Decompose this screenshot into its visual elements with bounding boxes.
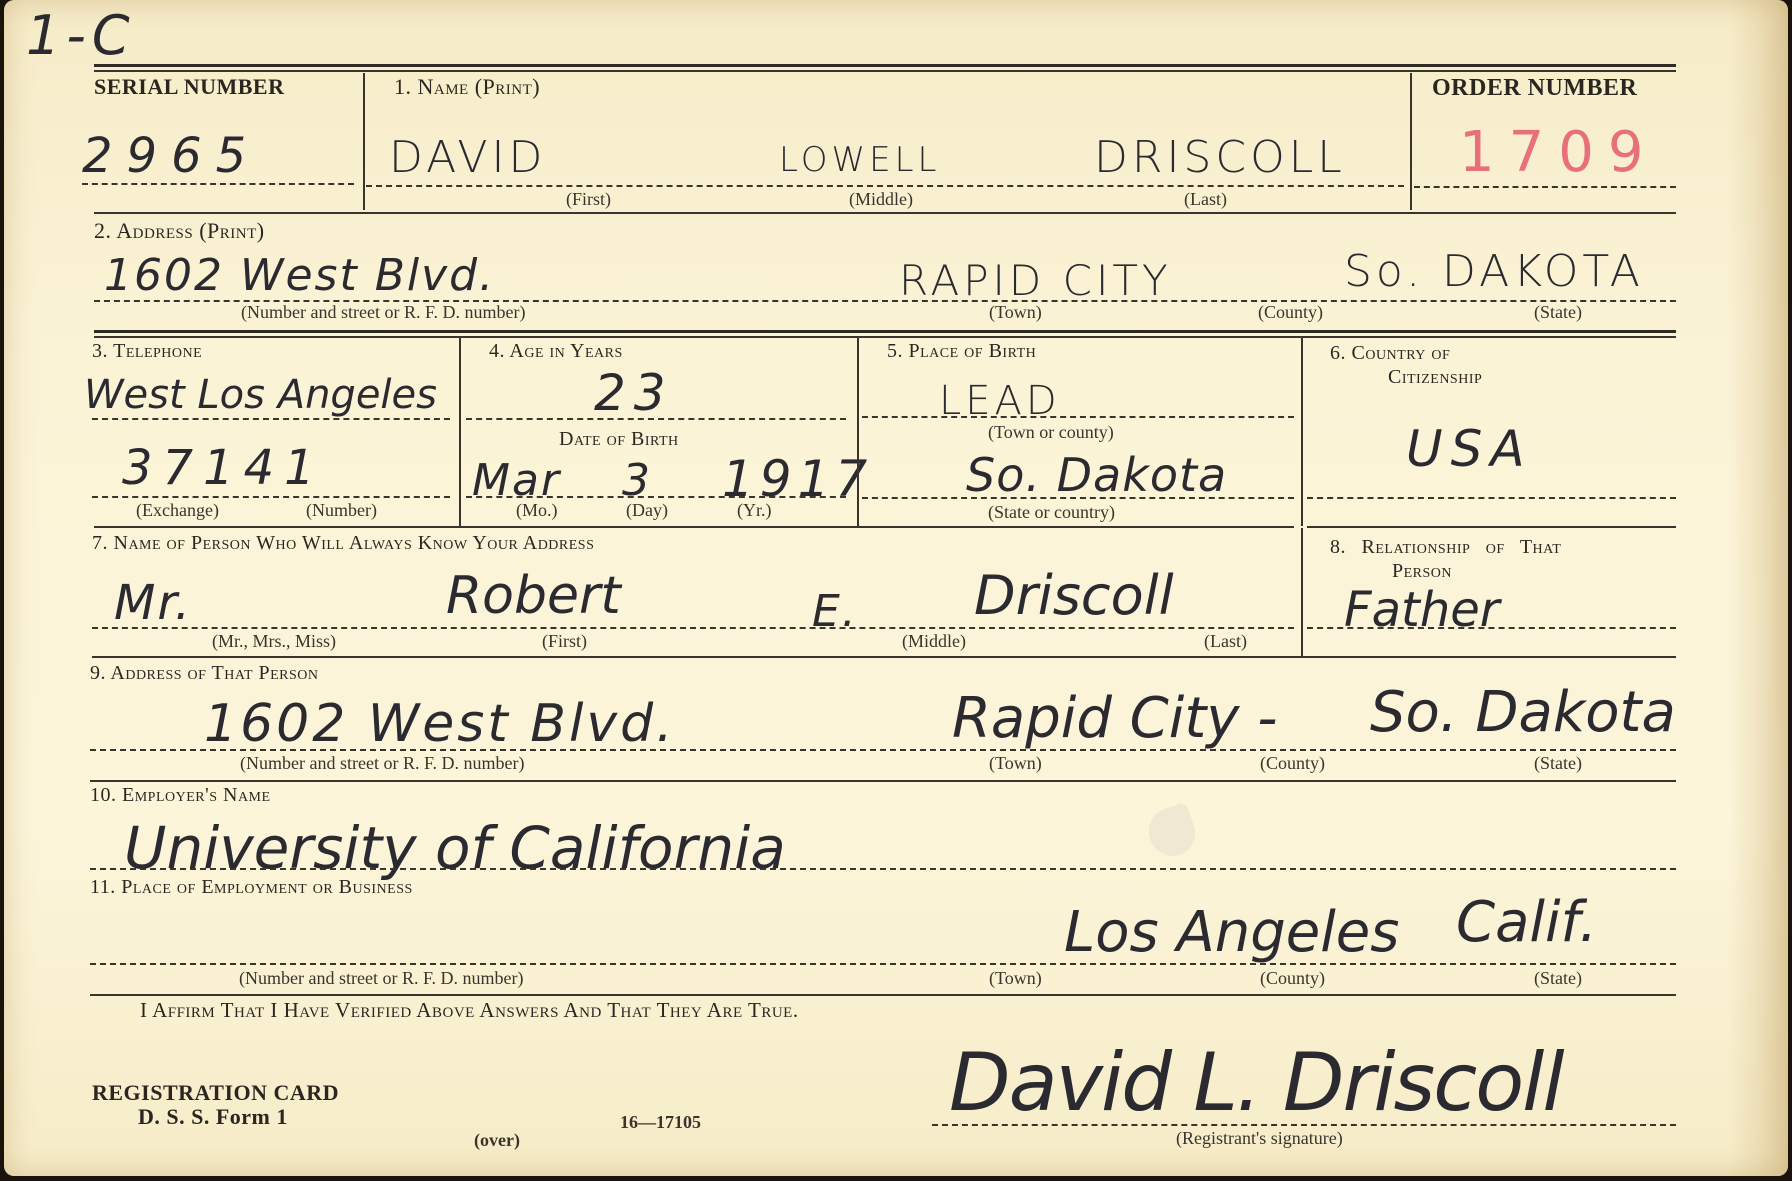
relationship-line — [1307, 627, 1676, 629]
name-last-caption: (Last) — [1184, 189, 1227, 210]
relationship-label-line1: 8. Relationship of That — [1330, 536, 1561, 559]
contact-last-value: Driscoll — [974, 564, 1174, 627]
employer-line — [90, 868, 1676, 870]
footer-print-code: 16—17105 — [620, 1112, 701, 1133]
birth-state-line — [862, 497, 1294, 499]
address-state-caption: (State) — [1534, 302, 1582, 323]
address-county-caption: (County) — [1258, 302, 1323, 323]
citizenship-label-line1: 6. Country of — [1330, 342, 1450, 365]
divider-contact-relationship — [1301, 528, 1303, 656]
leaf-watermark-icon — [1142, 802, 1202, 863]
contact-title-value: Mr. — [114, 575, 192, 631]
order-number-line — [1414, 186, 1676, 188]
divider-birth-citizenship — [1301, 338, 1303, 526]
registration-card: 1-C SERIAL NUMBER 2965 1. Name (Print) D… — [4, 0, 1788, 1176]
place-of-birth-label: 5. Place of Birth — [887, 340, 1036, 363]
employment-town-caption: (Town) — [989, 968, 1042, 989]
contact-address-label: 9. Address of That Person — [90, 662, 319, 685]
citizenship-line — [1307, 497, 1676, 499]
serial-number-value: 2965 — [82, 128, 260, 184]
employment-line — [90, 963, 1676, 965]
contact-person-label: 7. Name of Person Who Will Always Know Y… — [92, 532, 594, 555]
footer-form: D. S. S. Form 1 — [138, 1104, 288, 1130]
contact-first-caption: (First) — [542, 631, 587, 652]
birth-town-caption: (Town or county) — [988, 422, 1114, 443]
signature-caption: (Registrant's signature) — [1176, 1128, 1343, 1149]
name-last-value: DRISCOLL — [1094, 132, 1346, 183]
card-edge-shadow — [1728, 0, 1788, 1176]
address-state-value: So. DAKOTA — [1344, 246, 1644, 297]
footer-over: (over) — [474, 1130, 520, 1151]
name-middle-value: LOWELL — [779, 140, 940, 180]
contact-line — [92, 627, 1294, 629]
row2-bottom-rule-2 — [94, 336, 1676, 338]
signature-value: David L. Driscoll — [949, 1036, 1563, 1129]
birth-state-caption: (State or country) — [988, 502, 1115, 523]
name-first-value: DAVID — [389, 132, 546, 183]
dob-year-caption: (Yr.) — [737, 500, 772, 521]
contact-town-value: Rapid City - — [952, 686, 1277, 751]
address-town-value: RAPID CITY — [899, 256, 1172, 305]
birth-state-value: So. Dakota — [966, 448, 1227, 502]
telephone-label: 3. Telephone — [92, 340, 202, 363]
name-middle-caption: (Middle) — [849, 189, 913, 210]
address-street-value: 1602 West Blvd. — [104, 250, 495, 301]
contact-first-value: Robert — [446, 566, 621, 626]
row5-bottom-rule — [90, 780, 1676, 782]
contact-middle-caption: (Middle) — [902, 631, 966, 652]
age-value: 23 — [594, 364, 674, 422]
contact-county-caption: (County) — [1260, 753, 1325, 774]
telephone-exchange-line — [92, 418, 450, 420]
telephone-exchange-value: West Los Angeles — [84, 372, 437, 418]
order-number-value: 1709 — [1459, 120, 1658, 185]
row3-bottom-rule — [94, 526, 1294, 528]
contact-middle-value: E. — [812, 586, 858, 637]
divider-age-birth — [857, 338, 859, 526]
row4-bottom-rule — [92, 656, 1676, 658]
contact-street-value: 1602 West Blvd. — [204, 694, 676, 754]
dob-day-caption: (Day) — [626, 500, 668, 521]
telephone-exchange-caption: (Exchange) — [136, 500, 219, 521]
address-town-caption: (Town) — [989, 302, 1042, 323]
row7-bottom-rule — [90, 994, 1676, 996]
birth-town-line — [862, 416, 1294, 418]
row2-bottom-rule — [94, 330, 1676, 333]
divider-serial-name — [363, 73, 365, 210]
contact-state-caption: (State) — [1534, 753, 1582, 774]
affirmation-text: I Affirm That I Have Verified Above Answ… — [140, 998, 799, 1023]
employment-street-caption: (Number and street or R. F. D. number) — [239, 968, 524, 989]
contact-street-caption: (Number and street or R. F. D. number) — [240, 753, 525, 774]
place-of-employment-label: 11. Place of Employment or Business — [90, 876, 413, 899]
contact-state-value: So. Dakota — [1370, 680, 1676, 745]
contact-title-caption: (Mr., Mrs., Miss) — [212, 631, 336, 652]
name-label: 1. Name (Print) — [394, 74, 540, 100]
employment-county-caption: (County) — [1260, 968, 1325, 989]
employment-state-value: Calif. — [1456, 890, 1597, 955]
dob-day-value: 3 — [622, 455, 652, 506]
employment-town-value: Los Angeles — [1064, 900, 1399, 965]
contact-town-caption: (Town) — [989, 753, 1042, 774]
employer-value: University of California — [124, 814, 786, 882]
dob-month-caption: (Mo.) — [516, 500, 558, 521]
employment-state-caption: (State) — [1534, 968, 1582, 989]
contact-address-line — [90, 749, 1676, 751]
name-first-caption: (First) — [566, 189, 611, 210]
row3-bottom-rule-right — [1307, 526, 1676, 528]
address-label: 2. Address (Print) — [94, 218, 265, 244]
age-label: 4. Age in Years — [489, 340, 623, 363]
employer-label: 10. Employer's Name — [90, 784, 271, 807]
serial-number-label: SERIAL NUMBER — [94, 74, 284, 100]
relationship-label-line2: Person — [1392, 560, 1452, 583]
dob-month-value: Mar — [472, 455, 561, 506]
top-rule — [94, 64, 1676, 67]
row1-bottom-rule — [94, 212, 1676, 214]
telephone-number-line — [92, 496, 450, 498]
divider-phone-age — [459, 338, 461, 526]
top-rule-2 — [94, 70, 1676, 72]
relationship-value: Father — [1344, 582, 1500, 638]
address-street-caption: (Number and street or R. F. D. number) — [241, 302, 526, 323]
date-of-birth-label: Date of Birth — [559, 428, 679, 451]
divider-name-order — [1410, 73, 1412, 210]
citizenship-value: USA — [1406, 420, 1533, 478]
citizenship-label-line2: Citizenship — [1388, 366, 1482, 389]
footer-title: REGISTRATION CARD — [92, 1080, 339, 1106]
serial-number-line — [82, 183, 354, 185]
order-number-label: ORDER NUMBER — [1432, 75, 1637, 102]
telephone-number-value: 37141 — [122, 440, 325, 496]
name-line — [366, 185, 1404, 187]
telephone-number-caption: (Number) — [306, 500, 377, 521]
contact-last-caption: (Last) — [1204, 631, 1247, 652]
dob-line — [466, 496, 846, 498]
classification-mark: 1-C — [26, 4, 136, 67]
age-line — [466, 418, 846, 420]
signature-line — [932, 1124, 1676, 1126]
